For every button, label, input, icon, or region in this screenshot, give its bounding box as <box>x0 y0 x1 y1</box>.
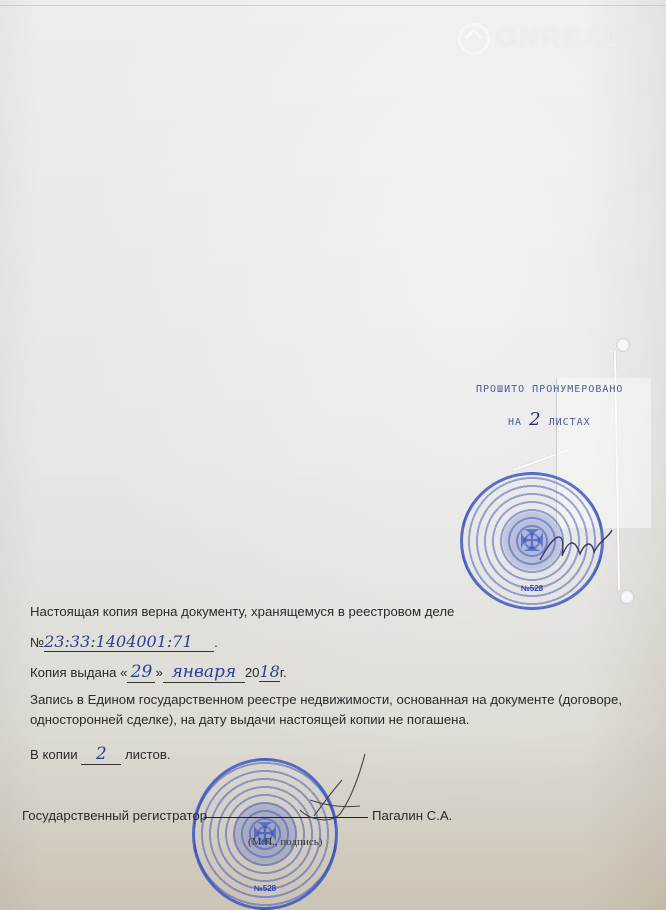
binding-hole-bottom <box>620 590 634 604</box>
binding-stamp-line2: НА 2 ЛИСТАХ <box>508 409 623 430</box>
house-icon <box>458 23 490 55</box>
binding-stamp-line1: ПРОШИТО ПРОНУМЕРОВАНО <box>476 384 623 395</box>
watermark: ONREAL <box>458 22 624 55</box>
registrar-signature <box>270 750 380 830</box>
binding-sheets-handwritten: 2 <box>529 409 541 430</box>
registrar-name: Пагалин С.А. <box>372 808 452 823</box>
case-number-handwritten: 23:33:1404001:71 <box>44 632 214 652</box>
watermark-text: ONREAL <box>496 22 624 52</box>
certification-line: Настоящая копия верна документу, храняще… <box>30 604 454 619</box>
seal-signature-caption: (М.П., подпись) <box>248 836 322 848</box>
binding-hole-top <box>616 338 630 352</box>
sheets-count-handwritten: 2 <box>81 744 121 765</box>
issued-month-handwritten: января <box>163 662 245 683</box>
issued-year-handwritten: 18 <box>259 662 279 682</box>
record-status-line1: Запись в Едином государственном реестре … <box>30 692 622 707</box>
issued-day-handwritten: 29 <box>127 662 155 683</box>
issued-date-line: Копия выдана «29»января2018г. <box>30 662 287 683</box>
paper-edge <box>0 5 666 6</box>
seal-number: №528 <box>521 584 543 593</box>
binding-stamp: ПРОШИТО ПРОНУМЕРОВАНО НА 2 ЛИСТАХ <box>476 384 623 430</box>
record-status-line2: односторонней сделке), на дату выдачи на… <box>30 712 469 727</box>
registrar-role: Государственный регистратор <box>22 808 207 823</box>
seal-number: №528 <box>254 884 276 893</box>
sheets-count-line: В копии 2 листов. <box>30 744 171 765</box>
case-number-line: №23:33:1404001:71. <box>30 632 218 652</box>
registrar-signature-top <box>536 520 616 570</box>
document-page: ONREAL ПРОШИТО ПРОНУМЕРОВАНО НА 2 ЛИСТАХ… <box>0 0 666 910</box>
